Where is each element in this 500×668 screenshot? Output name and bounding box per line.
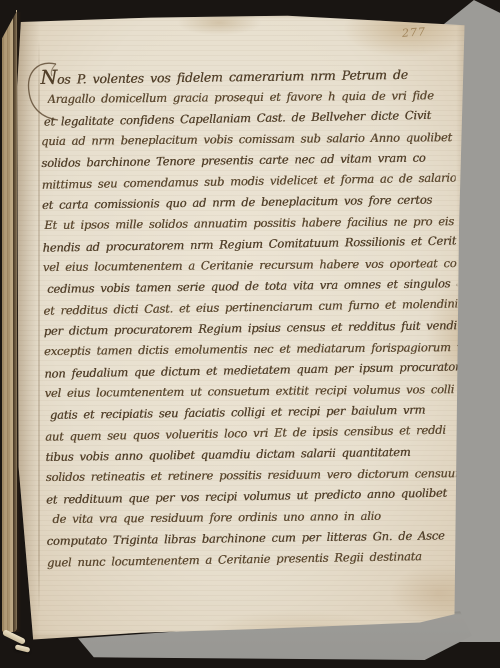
photo-backdrop: { "document": { "kind": "photograph of a… bbox=[0, 0, 500, 668]
folio-number: 277 bbox=[402, 25, 427, 40]
text-line: vel eius locumtenentem a Ceritanie recur… bbox=[43, 253, 457, 278]
binding-cord bbox=[15, 644, 31, 652]
manuscript-text-block: Nos P. volentes vos fidelem camerarium n… bbox=[40, 61, 461, 573]
text-line: quia ad nrm beneplacitum vobis comissam … bbox=[41, 127, 455, 152]
manuscript-page: 277 Nos P. volentes vos fidelem camerari… bbox=[14, 10, 470, 644]
text-line: vel eius locumtenentem ut consuetum exti… bbox=[44, 379, 458, 404]
text-line: de vita vra que residuum fore ordinis un… bbox=[52, 505, 460, 530]
